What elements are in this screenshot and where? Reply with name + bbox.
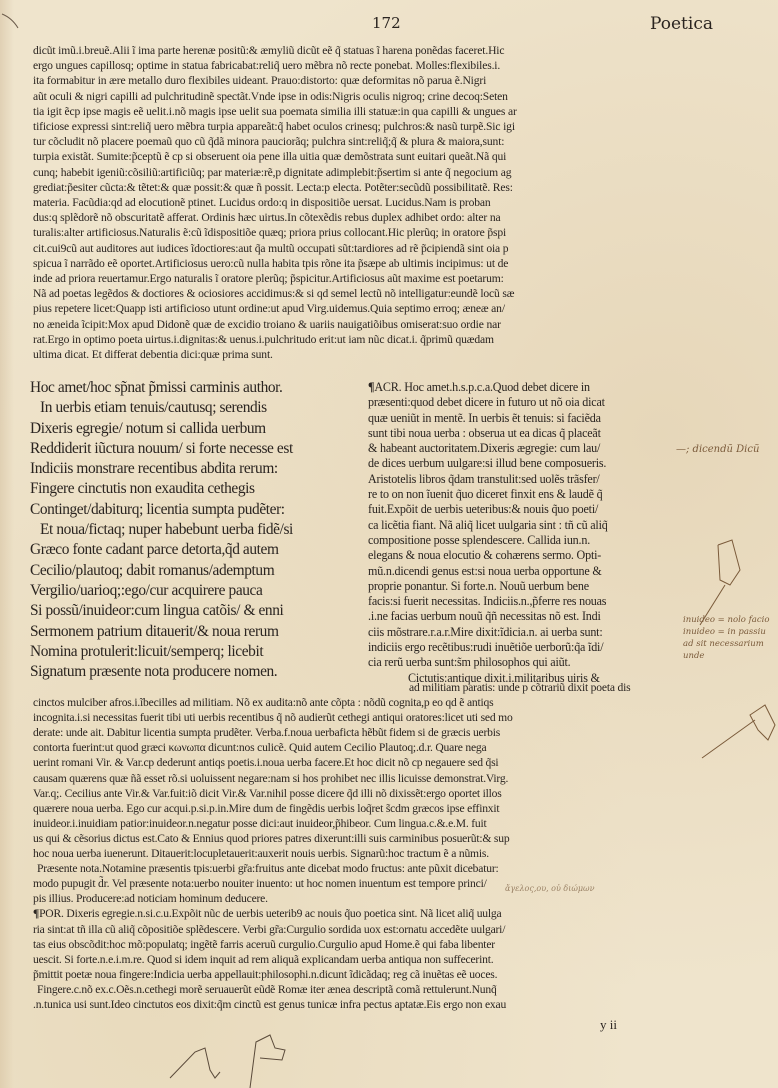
text-line: pis illius. Producere:ad noticiam hominu… [33,891,645,906]
text-line: ca licẽtia fiant. Nã aliq̃ licet uulgari… [368,518,646,533]
text-line: tas eius obscõdit:hoc mõ:populatq; ingẽt… [33,937,645,952]
text-line: incognita.i.si necessitas fuerit tibi ut… [33,710,645,725]
text-line: ad militiam paratis: unde p cõtrariũ dix… [33,680,645,695]
book-page: 172 Poetica dicũt imũ.i.breuẽ.Alii ĩ ima… [0,0,778,1088]
running-head: Poetica [650,14,713,34]
text-line: sunt tibi noua uerba : obserua ut ea dic… [368,426,646,441]
text-line: .i.ne facias uerbum nouũ q̃ñ necessitas … [368,609,646,624]
text-line: mũ.n.dicendi genus est:si noua uerba opp… [368,564,646,579]
flag-doodle-icon [160,1030,300,1088]
text-line: tificiose expressi sint:reliq̃ uero mẽbr… [33,119,645,134]
text-line: aũt oculi & nigri capilli ad pulchritudi… [33,89,645,104]
text-line: fuit.Expõit de uerbis ueteribus:& nouis … [368,502,646,517]
text-line: cinctos mulciber afros.i.ĩbecilles ad mi… [33,695,645,710]
text-line: ergo ungues capillosq; optime in statua … [33,58,645,73]
text-line: Præsente nota.Notamine præsentis tpis:ue… [33,861,645,876]
flourish-doodle-icon [0,12,30,32]
text-line: elegans & noua elocutio & cohærens sermo… [368,548,646,563]
text-line: præsenti:quod debet dicere in futuro ut … [368,395,646,410]
text-line: cunq; habebit igeniũ:cõsiliũ:artificiũq;… [33,165,645,180]
text-line: uescit. Si forte.n.e.i.m.re. Quod si ide… [33,952,645,967]
text-line: ria sint:at tñ illa cũ aliq̃ cõpositiõe … [33,922,645,937]
text-line: tia igit ẽcp ipse magis eẽ uelit.i.nõ ma… [33,104,645,119]
verse-line: Vergilio/uarioq;:ego/cur acquirere pauca [30,581,348,601]
text-line: no æneida ĩcipit:Mox apud Didonẽ quæ de … [33,317,645,332]
text-line: compositione posse splendescere. Callida… [368,533,646,548]
text-line: contorta fuerint:ut quod græci κωνωπα di… [33,740,645,755]
text-line: re to on non ĩuenit q̃uo diceret finxit … [368,487,646,502]
verse-line: Nomina protulerit:licuit/semperq; licebi… [30,642,348,662]
text-line: & habeant auctoritatem.Dixeris ægregie: … [368,441,646,456]
marginal-note-line: ad sit necessarium [683,638,769,650]
text-line: Nã ad poetas legẽdos & doctiores & ocios… [33,286,645,301]
text-line: inde ad priora reuertamur.Ergo naturalis… [33,271,645,286]
text-line: derate: unde ait. Dabitur licentia sumpt… [33,725,645,740]
text-line: ita formabitur in ære metallo duro flexi… [33,73,645,88]
text-line: p̃mittit poetæ noua fingere:Indicia uerb… [33,967,645,982]
text-line: ultima dicat. Et differat debentia dici:… [33,347,645,362]
commentary-acr: ¶ACR. Hoc amet.h.s.p.c.a.Quod debet dice… [368,380,646,686]
text-line: causam quærens quæ ñã esset rõ.si uoluis… [33,771,645,786]
manicule-doodle-icon [700,700,778,760]
text-span: ACR. Hoc amet.h.s.p.c.a.Quod debet dicer… [374,380,590,394]
page-number: 172 [372,14,401,32]
text-line: dicũt imũ.i.breuẽ.Alii ĩ ima parte heren… [33,43,645,58]
text-line: Aristotelis libros q̃dam transtulit:sed … [368,472,646,487]
verse-line: Continget/dabiturq; licentia sumpta pudẽ… [30,500,348,520]
text-line: Var.q;. Cecilius ante Vir.& Var.fuit:iõ … [33,786,645,801]
verse-line: Reddiderit iũctura nouum/ si forte neces… [30,439,348,459]
text-line: ciis mõstrare.r.a.r.Mire dixit:ĩdicia.n.… [368,625,646,640]
verse-text: Hoc amet/hoc sp̃nat p̃missi carminis aut… [30,378,348,682]
text-line: ¶POR. Dixeris egregie.n.si.c.u.Expõit nũ… [33,906,645,921]
verse-line: Et noua/fictaq; nuper habebunt uerba fid… [30,520,348,540]
signature-mark: y ii [600,1017,617,1033]
verse-line: In uerbis etiam tenuis/cautusq; serendis [30,398,348,418]
text-line: dus:q splẽdorẽ nõ obscuritatẽ afferat. O… [33,210,645,225]
text-line: grediat:p̃esiter cũcta:& tẽtet:& quæ pos… [33,180,645,195]
text-line: ¶ACR. Hoc amet.h.s.p.c.a.Quod debet dice… [368,380,646,395]
interlinear-greek-note: ἄγελος,ου, οὐ διώμων [505,884,594,893]
marginal-note: —; dicendũ Dicũ [676,444,759,455]
text-line: tur cõcludit nõ placere poemaũ quo cũ q̃… [33,134,645,149]
text-line: rat.Ergo in optimo poeta uirtus.i.dignit… [33,332,645,347]
text-span: POR. Dixeris egregie.n.si.c.u.Expõit nũc… [39,907,501,920]
text-line: us qui & cẽsorius dictus est.Cato & Enni… [33,831,645,846]
manicule-doodle-icon [690,530,750,630]
text-line: hoc noua uerba iuenerunt. Ditauerit:locu… [33,846,645,861]
text-line: quæ ueniũt in mentẽ. In uerbis ẽt tenuis… [368,411,646,426]
verse-line: Sermonem patrium ditauerit/& noua rerum [30,622,348,642]
text-line: Fingere.c.nõ ex.c.Oẽs.n.cethegi morẽ ser… [33,982,645,997]
text-line: .n.tunica usi sunt.Ideo cinctutos eos di… [33,997,645,1012]
commentary-top: dicũt imũ.i.breuẽ.Alii ĩ ima parte heren… [33,43,645,362]
verse-line: Indiciis monstrare recentibus abdita rer… [30,459,348,479]
verse-line: Cecilio/plautoq; dabit romanus/ademptum [30,561,348,581]
verse-line: Fingere cinctutis non exaudita cethegis [30,479,348,499]
text-line: facis:si fuerit necessitas. Indiciis.n.,… [368,594,646,609]
text-line: turalis:alter artificiosus.Naturalis ẽ:c… [33,225,645,240]
text-line: de dices uerbum uulgare:si illud bene co… [368,456,646,471]
commentary-lower: ad militiam paratis: unde p cõtrariũ dix… [33,680,645,1012]
text-line: uerint romani Vir. & Var.cp dederunt ant… [33,755,645,770]
marginal-note-line: unde [683,650,769,662]
text-line: spicua ĩ narrãdo eẽ oportet.Artificiosus… [33,256,645,271]
text-line: proprie ponantur. Si forte.n. Nouũ uerbu… [368,579,646,594]
text-line: inuideor.i.inuidiam patior:inuideor.n.ne… [33,816,645,831]
verse-line: Dixeris egregie/ notum si callida uerbum [30,419,348,439]
verse-line: Græco fonte cadant parce detorta,q̃d aut… [30,540,348,560]
text-line: materia. Facũdia:qd ad elocutionẽ ptinet… [33,195,645,210]
text-line: pius repetere licet:Quapp isti artificio… [33,301,645,316]
text-line: indiciis ergo recẽtibus:rudi inuẽtiõe ue… [368,640,646,655]
verse-line: Hoc amet/hoc sp̃nat p̃missi carminis aut… [30,378,348,398]
text-line: turpia existãt. Sumite:p̃ceptũ ẽ cp si o… [33,149,645,164]
text-line: cia rerũ uerba sunt:s̃m philosophos qui … [368,655,646,670]
text-line: cit.cui9cũ aut auditores aut iudices ĩdo… [33,241,645,256]
verse-line: Si possũ/inuideor:cum lingua catõis/ & e… [30,601,348,621]
text-line: quærere noua uerba. Ego cur acqui.p.si.p… [33,801,645,816]
